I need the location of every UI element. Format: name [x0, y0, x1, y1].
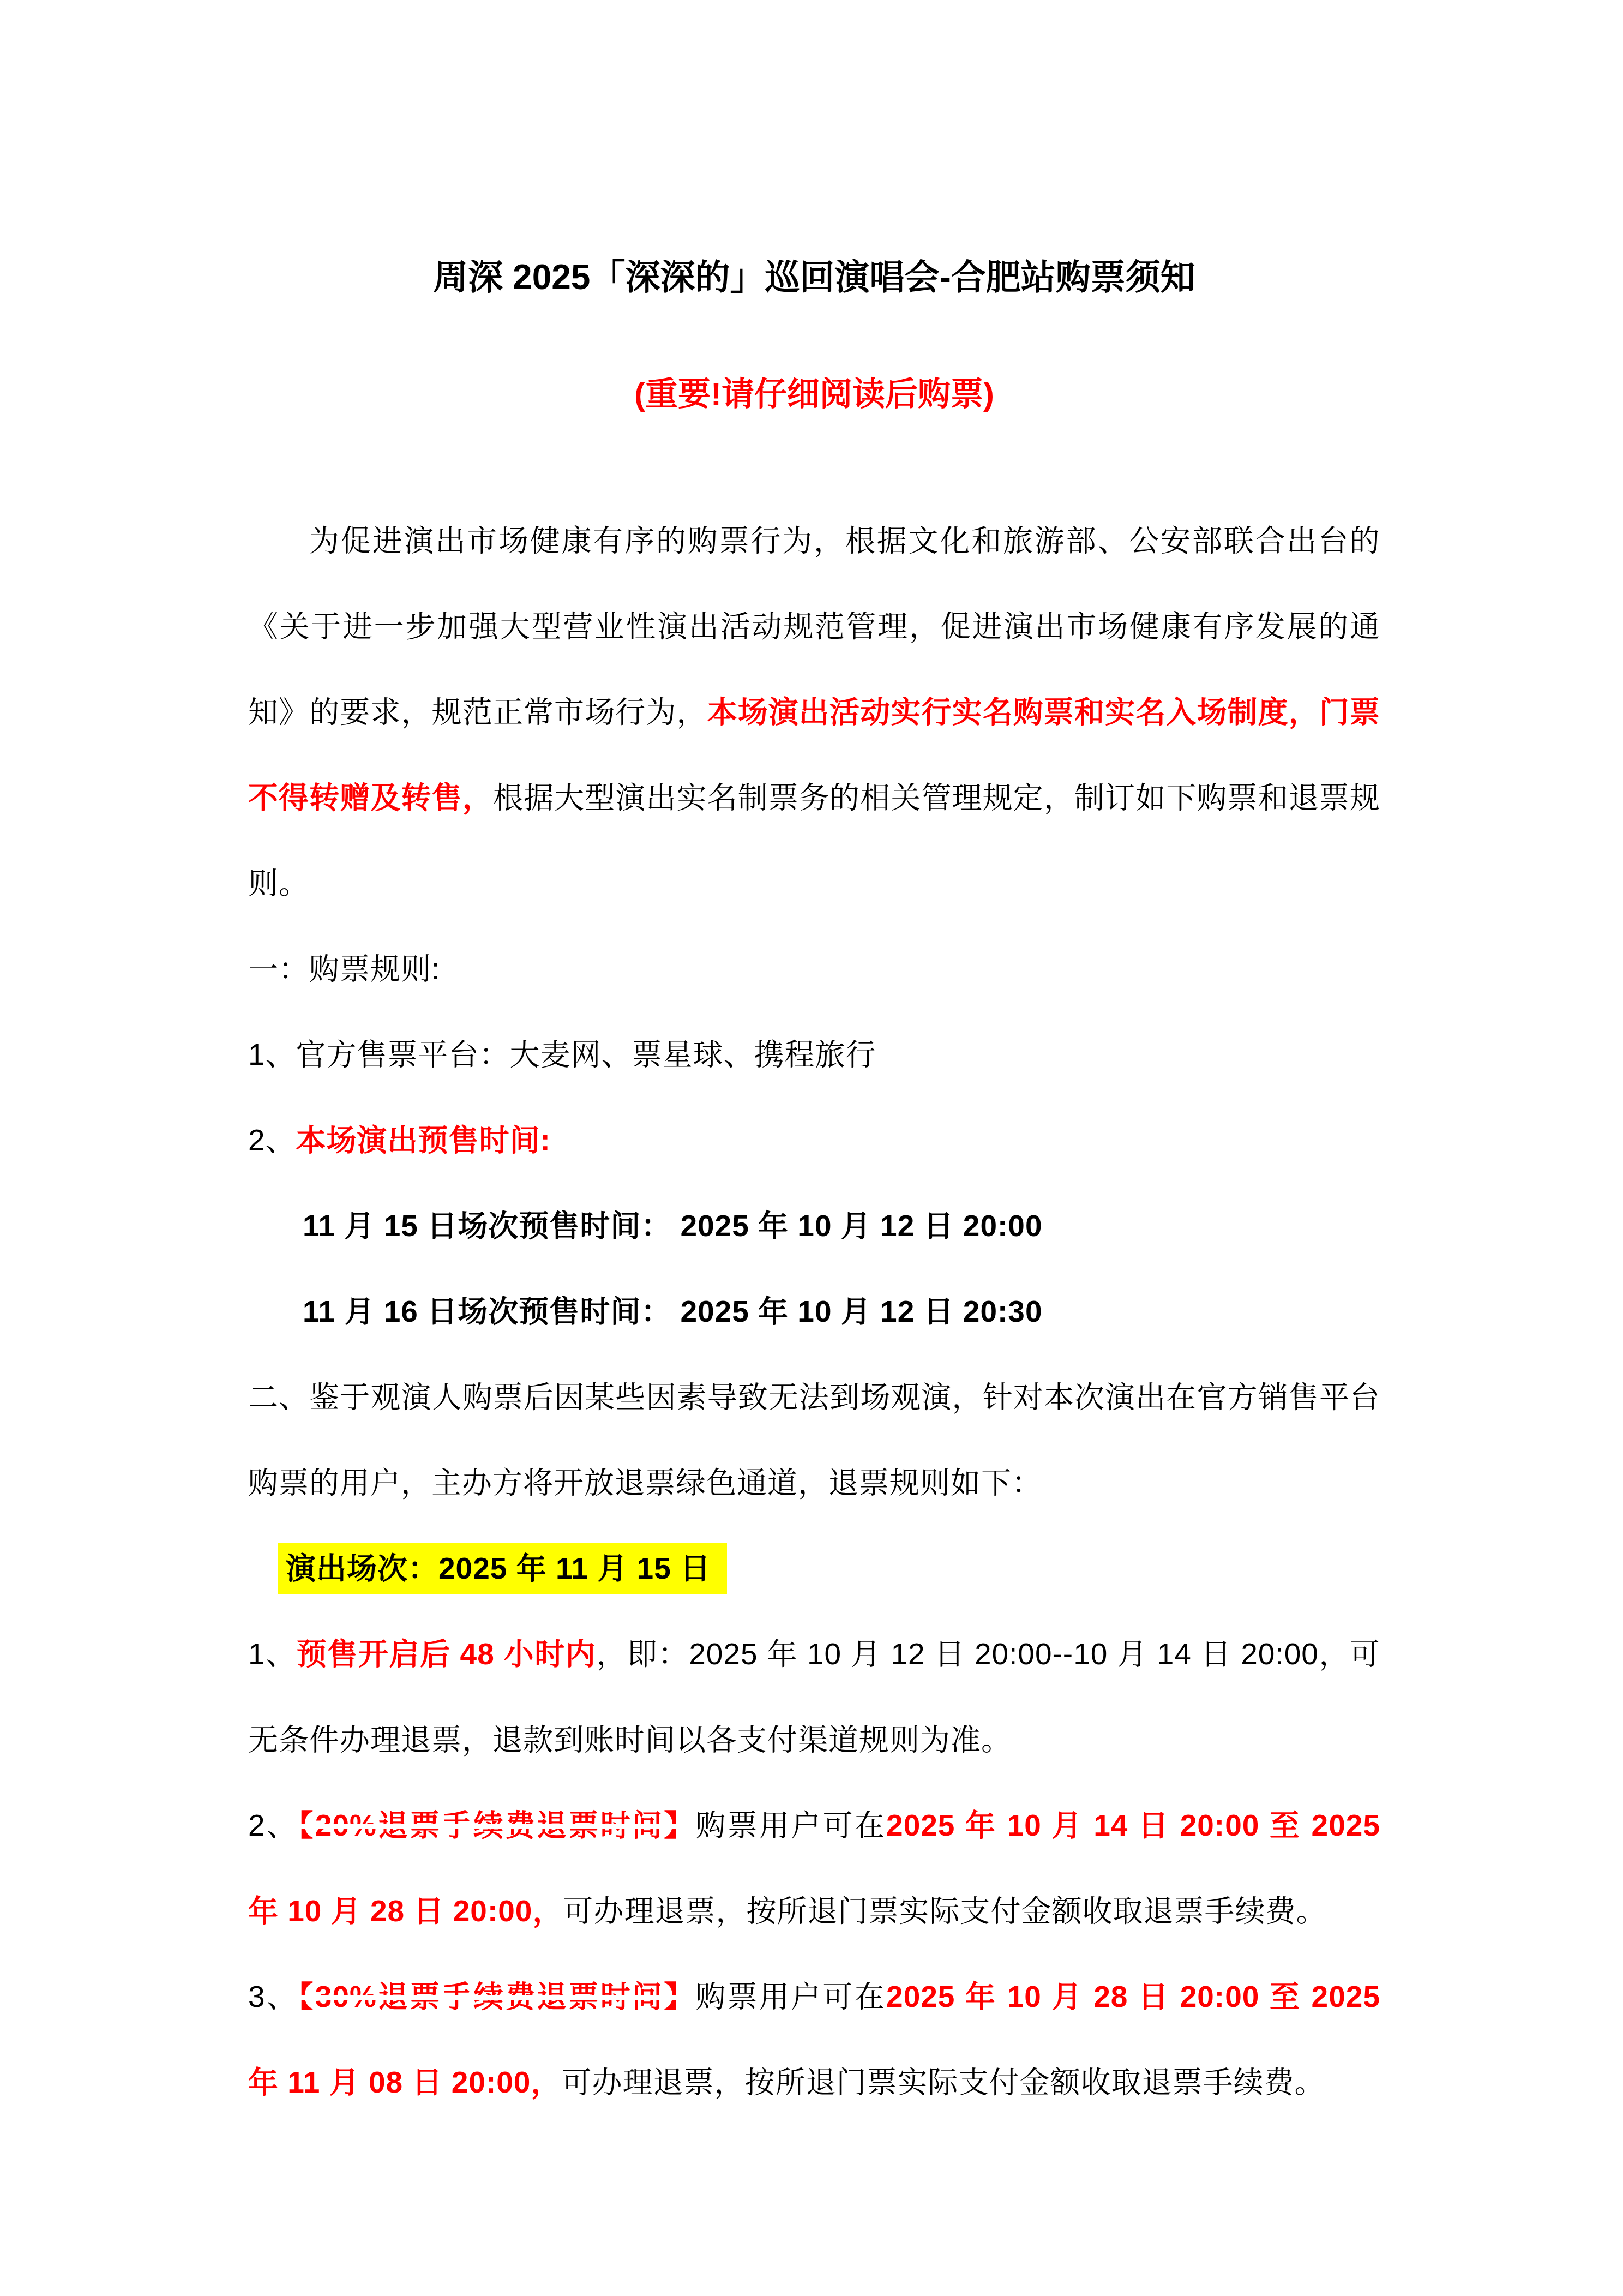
paragraph-4-body: 2、本场演出预售时间: — [248, 1098, 1380, 1183]
paragraph-11-body: 3、【30%退票手续费退票时间】购票用户可在2025 年 10 月 28 日 2… — [248, 1954, 1380, 2125]
paragraph-7-body: 二、鉴于观演人购票后因某些因素导致无法到场观演，针对本次演出在官方销售平台购票的… — [248, 1354, 1380, 1526]
paragraph-6-schedule: 11 月 16 日场次预售时间： 2025 年 10 月 12 日 20:30 — [248, 1269, 1380, 1354]
text-run-bold: 11 月 15 日场次预售时间： 2025 年 10 月 12 日 20:00 — [303, 1209, 1043, 1243]
text-run-normal: 可办理退票，按所退门票实际支付金额收取退票手续费。 — [563, 1894, 1326, 1928]
document-title: 周深 2025「深深的」巡回演唱会-合肥站购票须知 — [248, 235, 1380, 320]
text-run-normal: 1、 — [248, 1637, 297, 1671]
text-run-bold: 11 月 16 日场次预售时间： 2025 年 10 月 12 日 20:30 — [303, 1294, 1043, 1328]
text-run-normal: 2、 — [248, 1808, 298, 1842]
paragraph-9-body: 1、预售开启后 48 小时内，即：2025 年 10 月 12 日 20:00-… — [248, 1611, 1380, 1783]
text-run-normal: 3、 — [248, 1980, 298, 2013]
text-run-normal: 一：购票规则: — [248, 952, 440, 986]
text-run-highlight-bold: 演出场次：2025 年 11 月 15 日 — [278, 1543, 727, 1594]
paragraph-5-schedule: 11 月 15 日场次预售时间： 2025 年 10 月 12 日 20:00 — [248, 1183, 1380, 1269]
text-run-normal: 购票用户可在 — [696, 1808, 886, 1842]
paragraph-8-highlight-line: 演出场次：2025 年 11 月 15 日 — [248, 1526, 1380, 1611]
document-subtitle-warning: (重要!请仔细阅读后购票) — [248, 351, 1380, 437]
text-run-red-bold: 本场演出预售时间: — [296, 1123, 551, 1157]
paragraph-3-body: 1、官方售票平台：大麦网、票星球、携程旅行 — [248, 1012, 1380, 1098]
text-run-normal: 2、 — [248, 1123, 296, 1157]
text-run-normal: 购票用户可在 — [696, 1980, 886, 2013]
paragraph-2-body: 一：购票规则: — [248, 926, 1380, 1012]
text-run-normal: 1、官方售票平台：大麦网、票星球、携程旅行 — [248, 1038, 876, 1071]
text-run-normal: 可办理退票，按所退门票实际支付金额收取退票手续费。 — [561, 2065, 1325, 2099]
document-page: 周深 2025「深深的」巡回演唱会-合肥站购票须知 (重要!请仔细阅读后购票) … — [0, 0, 1623, 2296]
paragraph-10-body: 2、【20%退票手续费退票时间】购票用户可在2025 年 10 月 14 日 2… — [248, 1783, 1380, 1954]
paragraph-1-body-indent: 为促进演出市场健康有序的购票行为，根据文化和旅游部、公安部联合出台的《关于进一步… — [248, 498, 1380, 926]
text-run-normal: 二、鉴于观演人购票后因某些因素导致无法到场观演，针对本次演出在官方销售平台购票的… — [248, 1380, 1380, 1500]
text-run-red-bold-strike: 【20%退票手续费退票时间】 — [298, 1808, 696, 1842]
document-body: 为促进演出市场健康有序的购票行为，根据文化和旅游部、公安部联合出台的《关于进一步… — [248, 498, 1380, 2125]
text-run-red-bold: 预售开启后 48 小时内 — [297, 1637, 597, 1671]
text-run-red-bold-strike: 【30%退票手续费退票时间】 — [298, 1980, 696, 2013]
